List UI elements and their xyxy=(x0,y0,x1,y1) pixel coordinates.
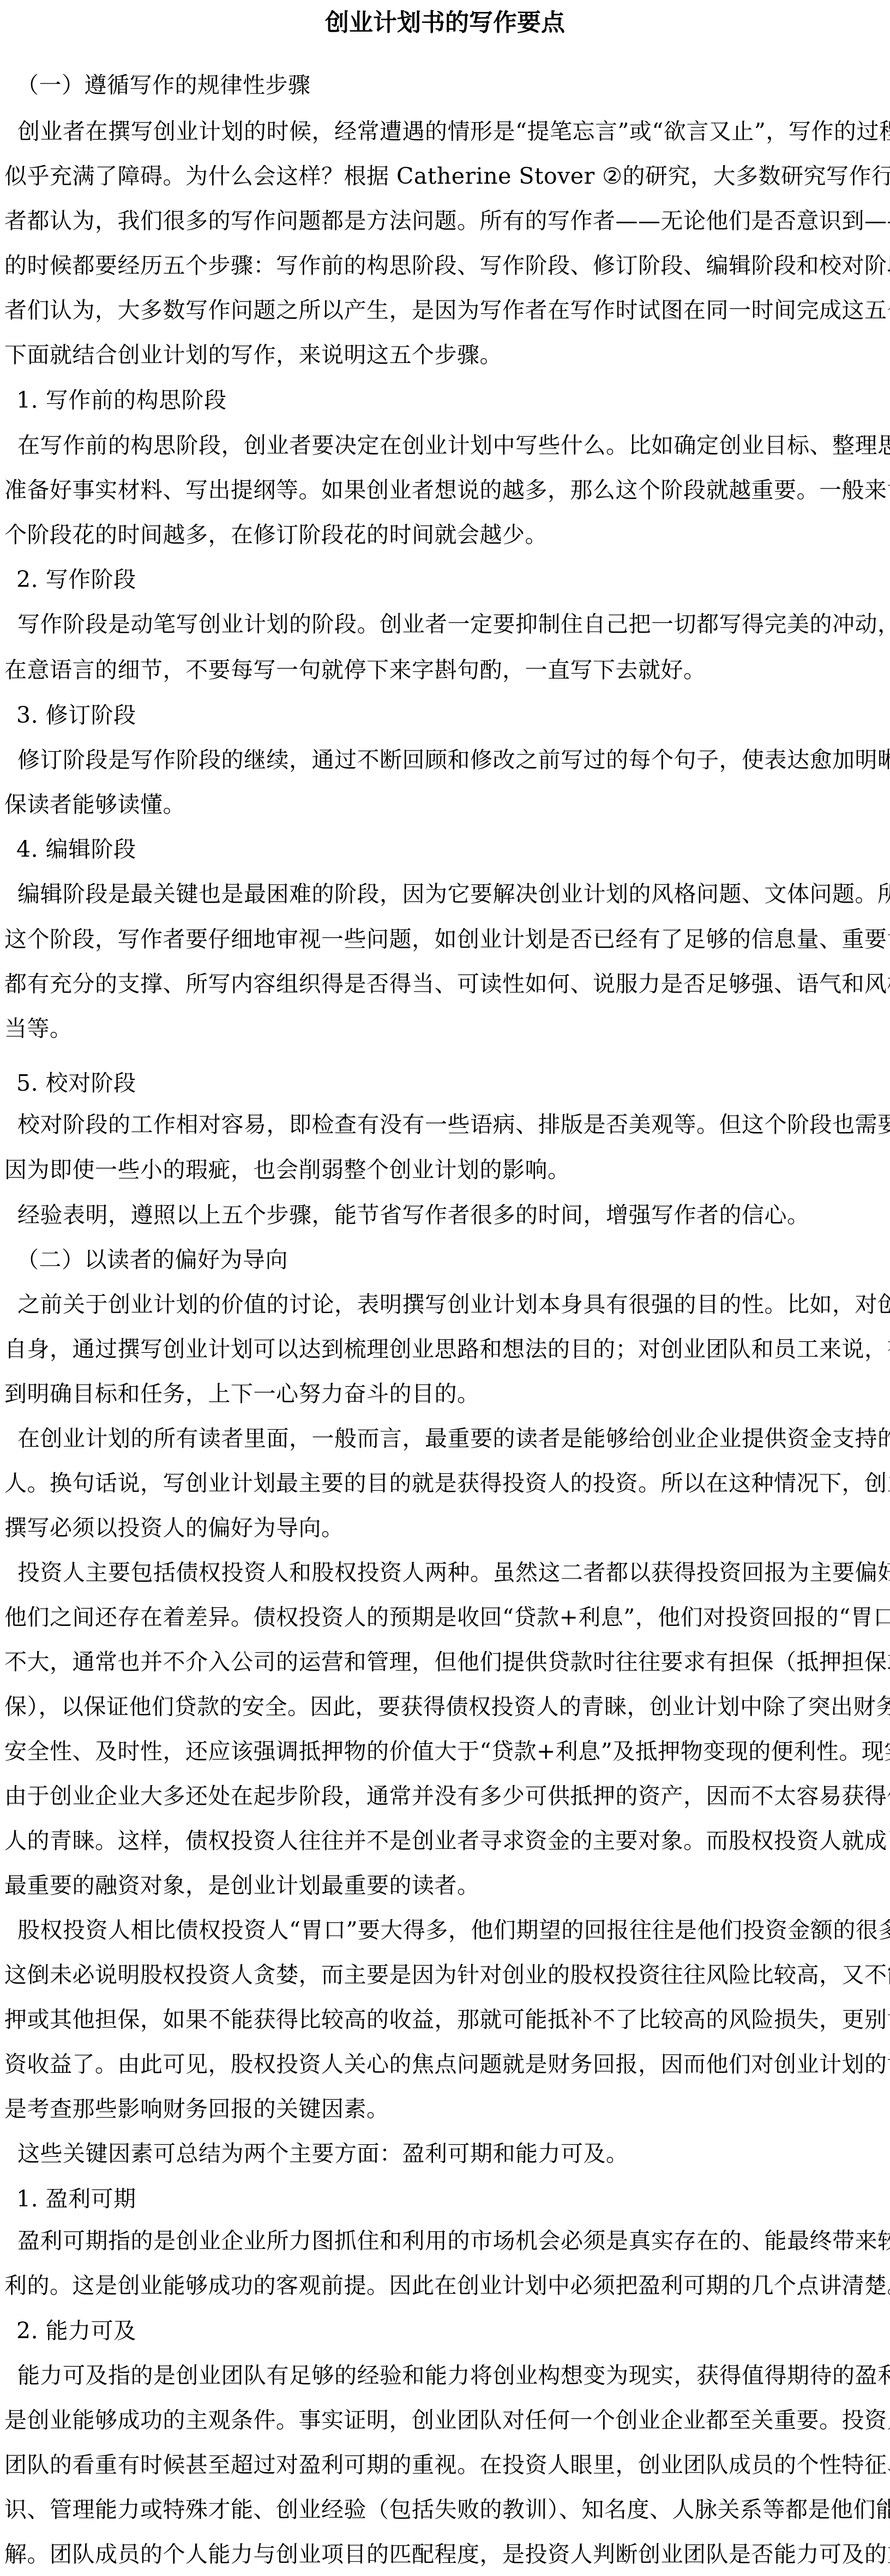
paragraph-line: 押或其他担保，如果不能获得比较高的收益，那就可能抵补不了比较高的风险损失，更别说… xyxy=(4,2005,886,2034)
section-heading: （一）遵循写作的规律性步骤 xyxy=(16,71,890,99)
paragraph-line: 这倒未必说明股权投资人贪婪，而主要是因为针对创业的股权投资往往风险比较高，又不能… xyxy=(4,1961,886,1989)
paragraph-line: 到明确目标和任务，上下一心努力奋斗的目的。 xyxy=(4,1380,886,1408)
paragraph-line: 修订阶段是写作阶段的继续，通过不断回顾和修改之前写过的每个句子，使表达愈加明晰，… xyxy=(17,746,886,774)
section-heading: 1. 写作前的构思阶段 xyxy=(16,386,890,414)
paragraph-line: 这些关键因素可总结为两个主要方面：盈利可期和能力可及。 xyxy=(17,2139,886,2168)
paragraph-line: 能力可及指的是创业团队有足够的经验和能力将创业构想变为现实，获得值得期待的盈利。… xyxy=(17,2361,886,2390)
section-heading: 2. 能力可及 xyxy=(16,2317,890,2345)
paragraph-line: 最重要的融资对象，是创业计划最重要的读者。 xyxy=(4,1871,886,1900)
paragraph-line: 因为即使一些小的瑕疵，也会削弱整个创业计划的影响。 xyxy=(4,1156,886,1184)
paragraph-line: 下面就结合创业计划的写作，来说明这五个步骤。 xyxy=(4,341,886,369)
document-title: 创业计划书的写作要点 xyxy=(0,8,890,38)
paragraph-line: 创业者在撰写创业计划的时候，经常遭遇的情形是“提笔忘言”或“欲言又止”，写作的过… xyxy=(17,117,886,146)
paragraph-line: 资收益了。由此可见，股权投资人关心的焦点问题就是财务回报，因而他们对创业计划的评… xyxy=(4,2050,886,2078)
paragraph-line: 股权投资人相比债权投资人“胃口”要大得多，他们期望的回报往往是他们投资金额的很多… xyxy=(17,1916,886,1944)
paragraph-line: 似乎充满了障碍。为什么会这样？根据 Catherine Stover ②的研究，… xyxy=(4,162,886,190)
paragraph-line: 是考查那些影响财务回报的关键因素。 xyxy=(4,2095,886,2123)
paragraph-line: 利的。这是创业能够成功的客观前提。因此在创业计划中必须把盈利可期的几个点讲清楚。 xyxy=(4,2271,886,2300)
paragraph-line: 自身，通过撰写创业计划可以达到梳理创业思路和想法的目的；对创业团队和员工来说，有… xyxy=(4,1335,886,1363)
paragraph-line: 团队的看重有时候甚至超过对盈利可期的重视。在投资人眼里，创业团队成员的个性特征、… xyxy=(4,2451,886,2479)
paragraph-line: 盈利可期指的是创业企业所力图抓住和利用的市场机会必须是真实存在的、能最终带来较多… xyxy=(17,2227,886,2255)
section-heading: （二）以读者的偏好为导向 xyxy=(16,1245,890,1274)
paragraph-line: 个阶段花的时间越多，在修订阶段花的时间就会越少。 xyxy=(4,521,886,549)
section-heading: 1. 盈利可期 xyxy=(16,2185,890,2213)
paragraph-line: 保读者能够读懂。 xyxy=(4,790,886,819)
paragraph-line: 准备好事实材料、写出提纲等。如果创业者想说的越多，那么这个阶段就越重要。一般来说… xyxy=(4,476,886,504)
paragraph-line: 都有充分的支撑、所写内容组织得是否得当、可读性如何、说服力是否足够强、语气和风格… xyxy=(4,970,886,998)
paragraph-line: 人的青睐。这样，债权投资人往往并不是创业者寻求资金的主要对象。而股权投资人就成了… xyxy=(4,1827,886,1855)
paragraph-line: 人。换句话说，写创业计划最主要的目的就是获得投资人的投资。所以在这种情况下，创业… xyxy=(4,1469,886,1497)
paragraph-line: 经验表明，遵照以上五个步骤，能节省写作者很多的时间，增强写作者的信心。 xyxy=(17,1201,886,1229)
paragraph-line: 这个阶段，写作者要仔细地审视一些问题，如创业计划是否已经有了足够的信息量、重要论… xyxy=(4,925,886,953)
paragraph-line: 编辑阶段是最关键也是最困难的阶段，因为它要解决创业计划的风格问题、文体问题。所以… xyxy=(17,880,886,908)
paragraph-line: 不大，通常也并不介入公司的运营和管理，但他们提供贷款时往往要求有担保（抵押担保或… xyxy=(4,1648,886,1676)
paragraph-line: 投资人主要包括债权投资人和股权投资人两种。虽然这二者都以获得投资回报为主要偏好，… xyxy=(17,1558,886,1587)
paragraph-line: 在创业计划的所有读者里面，一般而言，最重要的读者是能够给创业企业提供资金支持的投… xyxy=(17,1424,886,1453)
section-heading: 2. 写作阶段 xyxy=(16,565,890,594)
paragraph-line: 者们认为，大多数写作问题之所以产生，是因为写作者在写作时试图在同一时间完成这五个… xyxy=(4,296,886,324)
paragraph-line: 是创业能够成功的主观条件。事实证明，创业团队对任何一个创业企业都至关重要。投资人… xyxy=(4,2406,886,2434)
paragraph-line: 校对阶段的工作相对容易，即检查有没有一些语病、排版是否美观等。但这个阶段也需要细… xyxy=(17,1110,886,1139)
paragraph-line: 的时候都要经历五个步骤：写作前的构思阶段、写作阶段、修订阶段、编辑阶段和校对阶段… xyxy=(4,251,886,280)
paragraph-line: 写作阶段是动笔写创业计划的阶段。创业者一定要抑制住自己把一切都写得完美的冲动，别… xyxy=(17,610,886,638)
paragraph-line: 由于创业企业大多还处在起步阶段，通常并没有多少可供抵押的资产，因而不太容易获得债… xyxy=(4,1782,886,1810)
section-heading: 4. 编辑阶段 xyxy=(16,835,890,863)
paragraph-line: 安全性、及时性，还应该强调抵押物的价值大于“贷款+利息”及抵押物变现的便利性。现… xyxy=(4,1737,886,1765)
paragraph-line: 识、管理能力或特殊才能、创业经验（包括失败的教训）、知名度、人脉关系等都是他们能… xyxy=(4,2495,886,2524)
paragraph-line: 之前关于创业计划的价值的讨论，表明撰写创业计划本身具有很强的目的性。比如，对创业… xyxy=(17,1290,886,1319)
paragraph-line: 在写作前的构思阶段，创业者要决定在创业计划中写些什么。比如确定创业目标、整理思路… xyxy=(17,431,886,459)
paragraph-line: 解。团队成员的个人能力与创业项目的匹配程度，是投资人判断创业团队是否能力可及的重… xyxy=(4,2540,886,2568)
paragraph-line: 当等。 xyxy=(4,1014,886,1043)
paragraph-line: 撰写必须以投资人的偏好为导向。 xyxy=(4,1514,886,1542)
section-heading: 3. 修订阶段 xyxy=(16,701,890,729)
paragraph-line: 在意语言的细节，不要每写一句就停下来字斟句酌，一直写下去就好。 xyxy=(4,656,886,684)
section-heading: 5. 校对阶段 xyxy=(16,1069,890,1097)
paragraph-line: 者都认为，我们很多的写作问题都是方法问题。所有的写作者——无论他们是否意识到——… xyxy=(4,207,886,235)
paragraph-line: 他们之间还存在着差异。债权投资人的预期是收回“贷款+利息”，他们对投资回报的“胃… xyxy=(4,1603,886,1631)
paragraph-line: 保），以保证他们贷款的安全。因此，要获得债权投资人的青睐，创业计划中除了突出财务… xyxy=(4,1692,886,1721)
